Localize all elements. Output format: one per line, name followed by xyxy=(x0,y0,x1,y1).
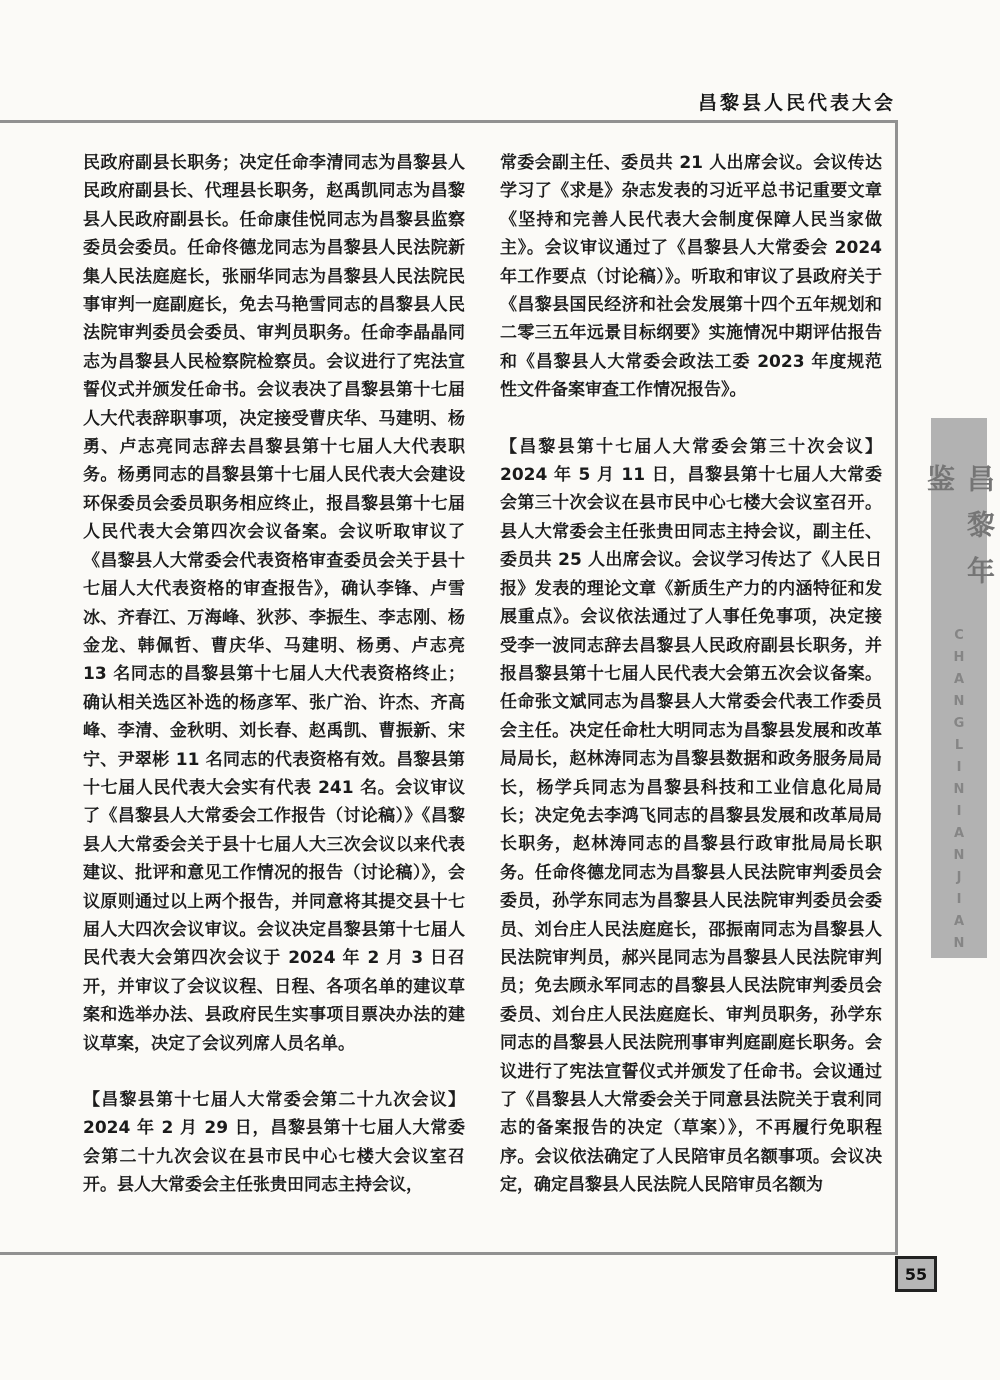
edge-tab-banner: 昌黎年鉴 CHANGLINIANJIAN xyxy=(931,418,987,958)
content-box-bottom-rule xyxy=(0,1252,898,1255)
scanned-yearbook-page: 昌黎县人民代表大会 民政府副县长职务；决定任命李清同志为昌黎县人民政府副县长、代… xyxy=(0,0,1000,1380)
paragraph-session-30: 【昌黎县第十七届人大常委会第三十次会议】2024 年 5 月 11 日，昌黎县第… xyxy=(500,433,882,1200)
paragraph-session-29: 【昌黎县第十七届人大常委会第二十九次会议】2024 年 2 月 29 日，昌黎县… xyxy=(83,1086,465,1200)
paragraph-text: 2024 年 2 月 29 日，昌黎县第十七届人大常委会第二十九次会议在县市民中… xyxy=(83,1118,465,1195)
paragraph-continuation: 常委会副主任、委员共 21 人出席会议。会议传达学习了《求是》杂志发表的习近平总… xyxy=(500,149,882,405)
page-number-badge: 55 xyxy=(895,1256,937,1292)
paragraph-continuation: 民政府副县长职务；决定任命李清同志为昌黎县人民政府副县长、代理县长职务，赵禹凯同… xyxy=(83,149,465,1058)
left-text-column: 民政府副县长职务；决定任命李清同志为昌黎县人民政府副县长、代理县长职务，赵禹凯同… xyxy=(83,149,465,1200)
paragraph-text: 2024 年 5 月 11 日，昌黎县第十七届人大常委会第三十次会议在县市民中心… xyxy=(500,465,882,1195)
header-divider-rule xyxy=(0,120,898,123)
yearbook-title-chinese: 昌黎年鉴 xyxy=(919,464,999,616)
content-box-right-border xyxy=(895,120,898,1255)
paragraph-text: 民政府副县长职务；决定任命李清同志为昌黎县人民政府副县长、代理县长职务，赵禹凯同… xyxy=(83,153,465,1054)
right-text-column: 常委会副主任、委员共 21 人出席会议。会议传达学习了《求是》杂志发表的习近平总… xyxy=(500,149,882,1200)
paragraph-text: 常委会副主任、委员共 21 人出席会议。会议传达学习了《求是》杂志发表的习近平总… xyxy=(500,153,882,400)
yearbook-title-pinyin: CHANGLINIANJIAN xyxy=(952,628,967,958)
section-heading: 【昌黎县第十七届人大常委会第三十次会议】 xyxy=(500,437,882,457)
section-heading: 【昌黎县第十七届人大常委会第二十九次会议】 xyxy=(83,1090,465,1110)
page-header-title: 昌黎县人民代表大会 xyxy=(0,88,896,115)
